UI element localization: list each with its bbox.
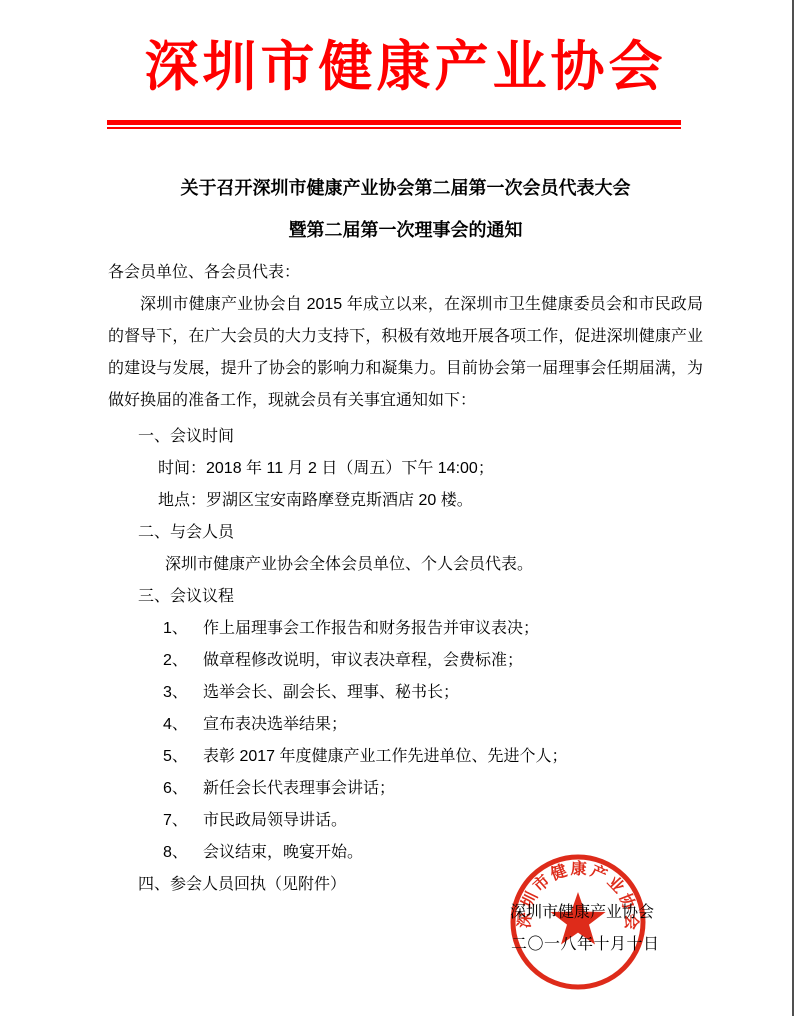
signature-date: 二〇一八年十月十日 — [511, 929, 660, 961]
agenda-item-number: 3、 — [163, 677, 203, 709]
agenda-item-text: 宣布表决选举结果； — [203, 716, 347, 733]
document-title-line1: 关于召开深圳市健康产业协会第二届第一次会员代表大会 — [108, 174, 703, 202]
salutation: 各会员单位、各会员代表： — [108, 257, 703, 289]
intro-paragraph: 深圳市健康产业协会自 2015 年成立以来，在深圳市卫生健康委员会和市民政局的督… — [108, 289, 703, 417]
section-heading-agenda: 三、会议议程 — [138, 581, 703, 613]
agenda-item-text: 新任会长代表理事会讲话； — [203, 780, 395, 797]
agenda-item-text: 表彰 2017 年度健康产业工作先进单位、先进个人； — [203, 748, 568, 765]
attendees-line: 深圳市健康产业协会全体会员单位、个人会员代表。 — [165, 549, 703, 581]
agenda-item-text: 作上届理事会工作报告和财务报告并审议表决； — [203, 620, 539, 637]
section-heading-attendees: 二、与会人员 — [138, 517, 703, 549]
meeting-time-line: 时间：2018 年 11 月 2 日（周五）下午 14:00； — [158, 453, 703, 485]
agenda-item-number: 1、 — [163, 613, 203, 645]
document-content: 深圳市健康产业协会 关于召开深圳市健康产业协会第二届第一次会员代表大会 暨第二届… — [108, 0, 703, 901]
agenda-item-number: 5、 — [163, 741, 203, 773]
agenda-item-text: 选举会长、副会长、理事、秘书长； — [203, 684, 459, 701]
agenda-item-3: 3、选举会长、副会长、理事、秘书长； — [108, 677, 703, 709]
agenda-item-text: 做章程修改说明，审议表决章程，会费标准； — [203, 652, 523, 669]
signature-org-name: 深圳市健康产业协会 — [510, 897, 654, 929]
divider-thin-rule — [107, 127, 681, 129]
agenda-item-1: 1、作上届理事会工作报告和财务报告并审议表决； — [108, 613, 703, 645]
agenda-item-number: 2、 — [163, 645, 203, 677]
agenda-item-number: 8、 — [163, 837, 203, 869]
agenda-item-number: 6、 — [163, 773, 203, 805]
agenda-item-2: 2、做章程修改说明，审议表决章程，会费标准； — [108, 645, 703, 677]
agenda-item-text: 会议结束，晚宴开始。 — [203, 844, 363, 861]
agenda-item-6: 6、新任会长代表理事会讲话； — [108, 773, 703, 805]
meeting-place-line: 地点：罗湖区宝安南路摩登克斯酒店 20 楼。 — [158, 485, 703, 517]
agenda-item-4: 4、宣布表决选举结果； — [108, 709, 703, 741]
agenda-item-7: 7、市民政局领导讲话。 — [108, 805, 703, 837]
agenda-item-number: 4、 — [163, 709, 203, 741]
section-heading-meeting-time: 一、会议时间 — [138, 421, 703, 453]
document-page: 深圳市健康产业协会 关于召开深圳市健康产业协会第二届第一次会员代表大会 暨第二届… — [0, 0, 794, 1016]
agenda-item-5: 5、表彰 2017 年度健康产业工作先进单位、先进个人； — [108, 741, 703, 773]
letterhead-divider — [107, 120, 681, 129]
agenda-item-text: 市民政局领导讲话。 — [203, 812, 347, 829]
agenda-item-number: 7、 — [163, 805, 203, 837]
divider-thick-rule — [107, 120, 681, 125]
document-title-line2: 暨第二届第一次理事会的通知 — [108, 216, 703, 244]
letterhead-org-name: 深圳市健康产业协会 — [108, 36, 703, 96]
